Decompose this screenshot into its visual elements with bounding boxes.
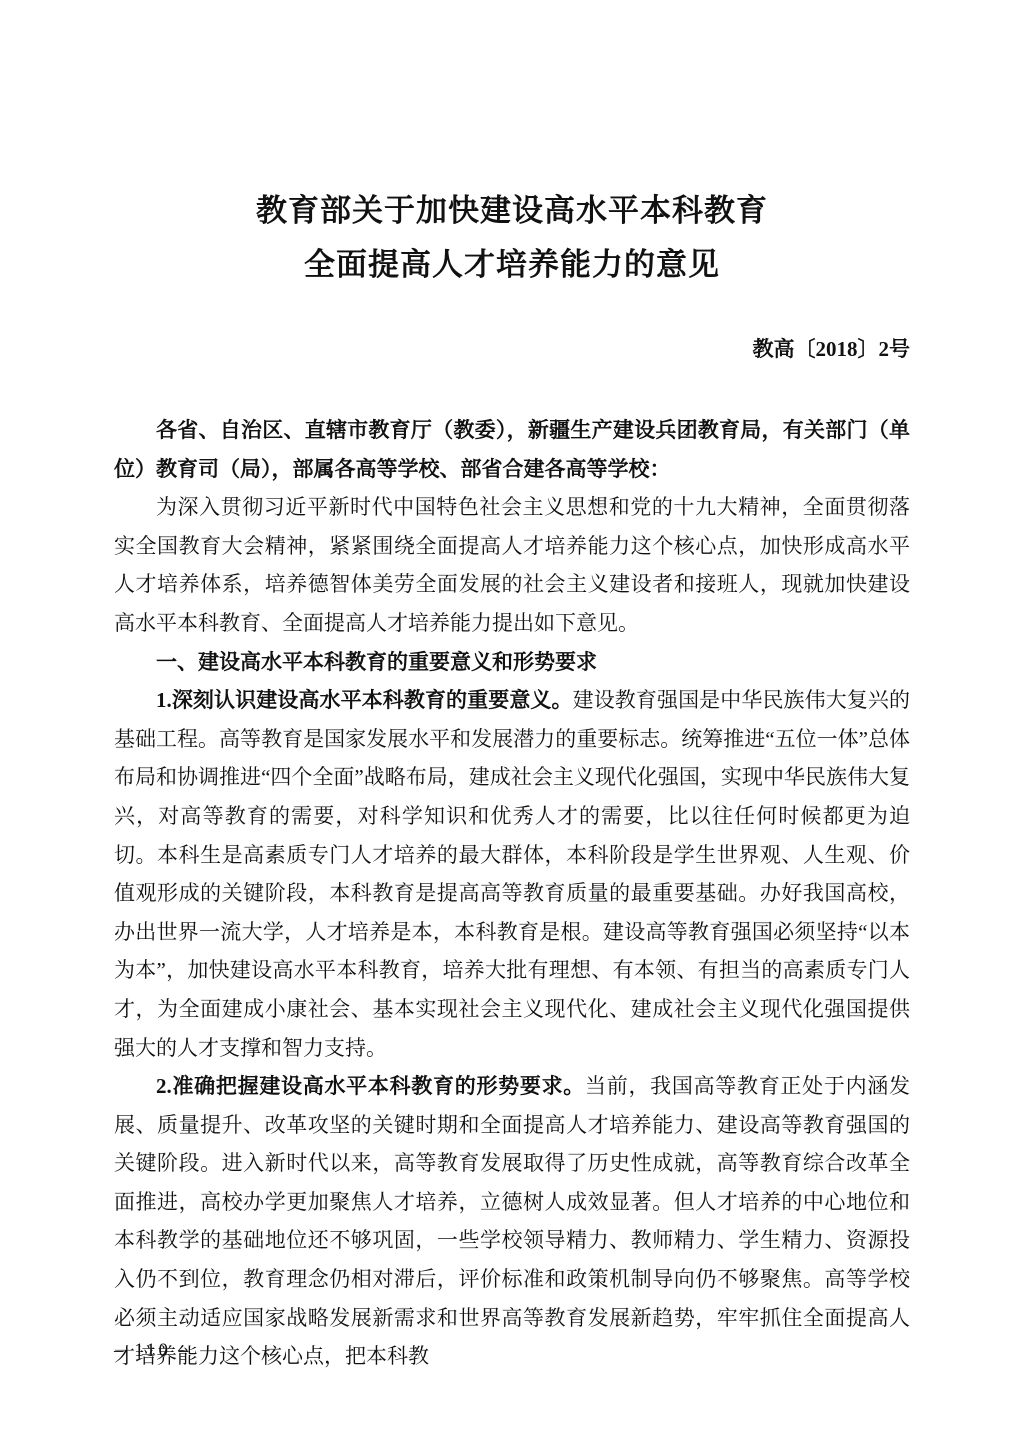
document-page: 教育部关于加快建设高水平本科教育 全面提高人才培养能力的意见 教高〔2018〕2…: [0, 0, 1024, 1448]
item2-lead: 2.准确把握建设高水平本科教育的形势要求。: [156, 1074, 585, 1098]
item2-paragraph: 2.准确把握建设高水平本科教育的形势要求。当前，我国高等教育正处于内涵发展、质量…: [114, 1067, 910, 1376]
item2-body: 当前，我国高等教育正处于内涵发展、质量提升、改革攻坚的关键时期和全面提高人才培养…: [114, 1074, 910, 1368]
document-content: 教育部关于加快建设高水平本科教育 全面提高人才培养能力的意见 教高〔2018〕2…: [114, 0, 910, 1376]
document-number: 教高〔2018〕2号: [114, 330, 910, 369]
intro-paragraph: 为深入贯彻习近平新时代中国特色社会主义思想和党的十九大精神，全面贯彻落实全国教育…: [114, 488, 910, 642]
section1-heading: 一、建设高水平本科教育的重要意义和形势要求: [114, 643, 910, 682]
document-body: 各省、自治区、直辖市教育厅（教委），新疆生产建设兵团教育局，有关部门（单位）教育…: [114, 411, 910, 1376]
document-title-line2: 全面提高人才培养能力的意见: [114, 238, 910, 292]
page-number: – 110 –: [114, 1336, 191, 1366]
document-title: 教育部关于加快建设高水平本科教育 全面提高人才培养能力的意见: [114, 184, 910, 292]
recipients-paragraph: 各省、自治区、直辖市教育厅（教委），新疆生产建设兵团教育局，有关部门（单位）教育…: [114, 411, 910, 488]
item1-paragraph: 1.深刻认识建设高水平本科教育的重要意义。建设教育强国是中华民族伟大复兴的基础工…: [114, 681, 910, 1067]
document-title-line1: 教育部关于加快建设高水平本科教育: [114, 184, 910, 238]
item1-body: 建设教育强国是中华民族伟大复兴的基础工程。高等教育是国家发展水平和发展潜力的重要…: [114, 688, 910, 1059]
item1-lead: 1.深刻认识建设高水平本科教育的重要意义。: [156, 688, 573, 712]
